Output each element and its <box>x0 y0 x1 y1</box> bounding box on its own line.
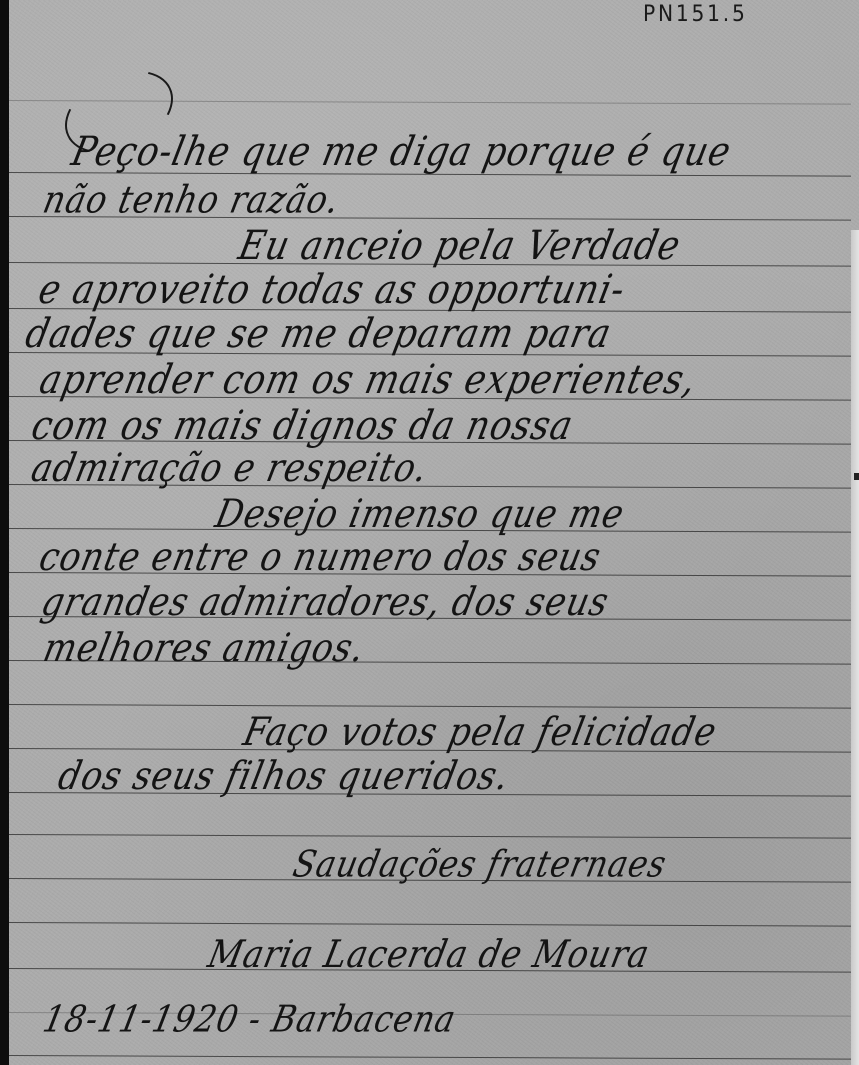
scan-left-border <box>0 0 9 1065</box>
letter-line: admiração e respeito. <box>28 449 431 488</box>
letter-line: Faço votos pela felicidade <box>240 713 720 752</box>
letter-line: grandes admiradores, dos seus <box>38 583 612 622</box>
scan-edge-mark <box>854 473 859 480</box>
letter-line: dos seus filhos queridos. <box>55 757 513 796</box>
paper-right-edge <box>851 230 859 1065</box>
signature: Maria Lacerda de Moura <box>205 935 653 973</box>
letter-line: Peço-lhe que me diga porque é que <box>68 133 735 173</box>
letter-line: Desejo imenso que me <box>212 495 628 534</box>
archive-reference-code: PN151.5 <box>643 2 748 27</box>
closing-salutation: Saudações fraternaes <box>290 845 670 882</box>
letter-line: conte entre o numero dos seus <box>36 538 605 577</box>
letter-line: melhores amigos. <box>40 629 368 668</box>
letter-line: Eu anceio pela Verdade <box>235 227 684 267</box>
letter-line: com os mais dignos da nossa <box>28 407 577 447</box>
letter-line: aprender com os mais experientes, <box>36 361 700 401</box>
letter-line: não tenho razão. <box>40 180 343 218</box>
letter-line: e aproveito todas as opportuni- <box>35 271 629 311</box>
letter-line: dades que se me deparam para <box>22 315 615 355</box>
date-and-place: 18-11-1920 - Barbacena <box>40 1000 459 1037</box>
